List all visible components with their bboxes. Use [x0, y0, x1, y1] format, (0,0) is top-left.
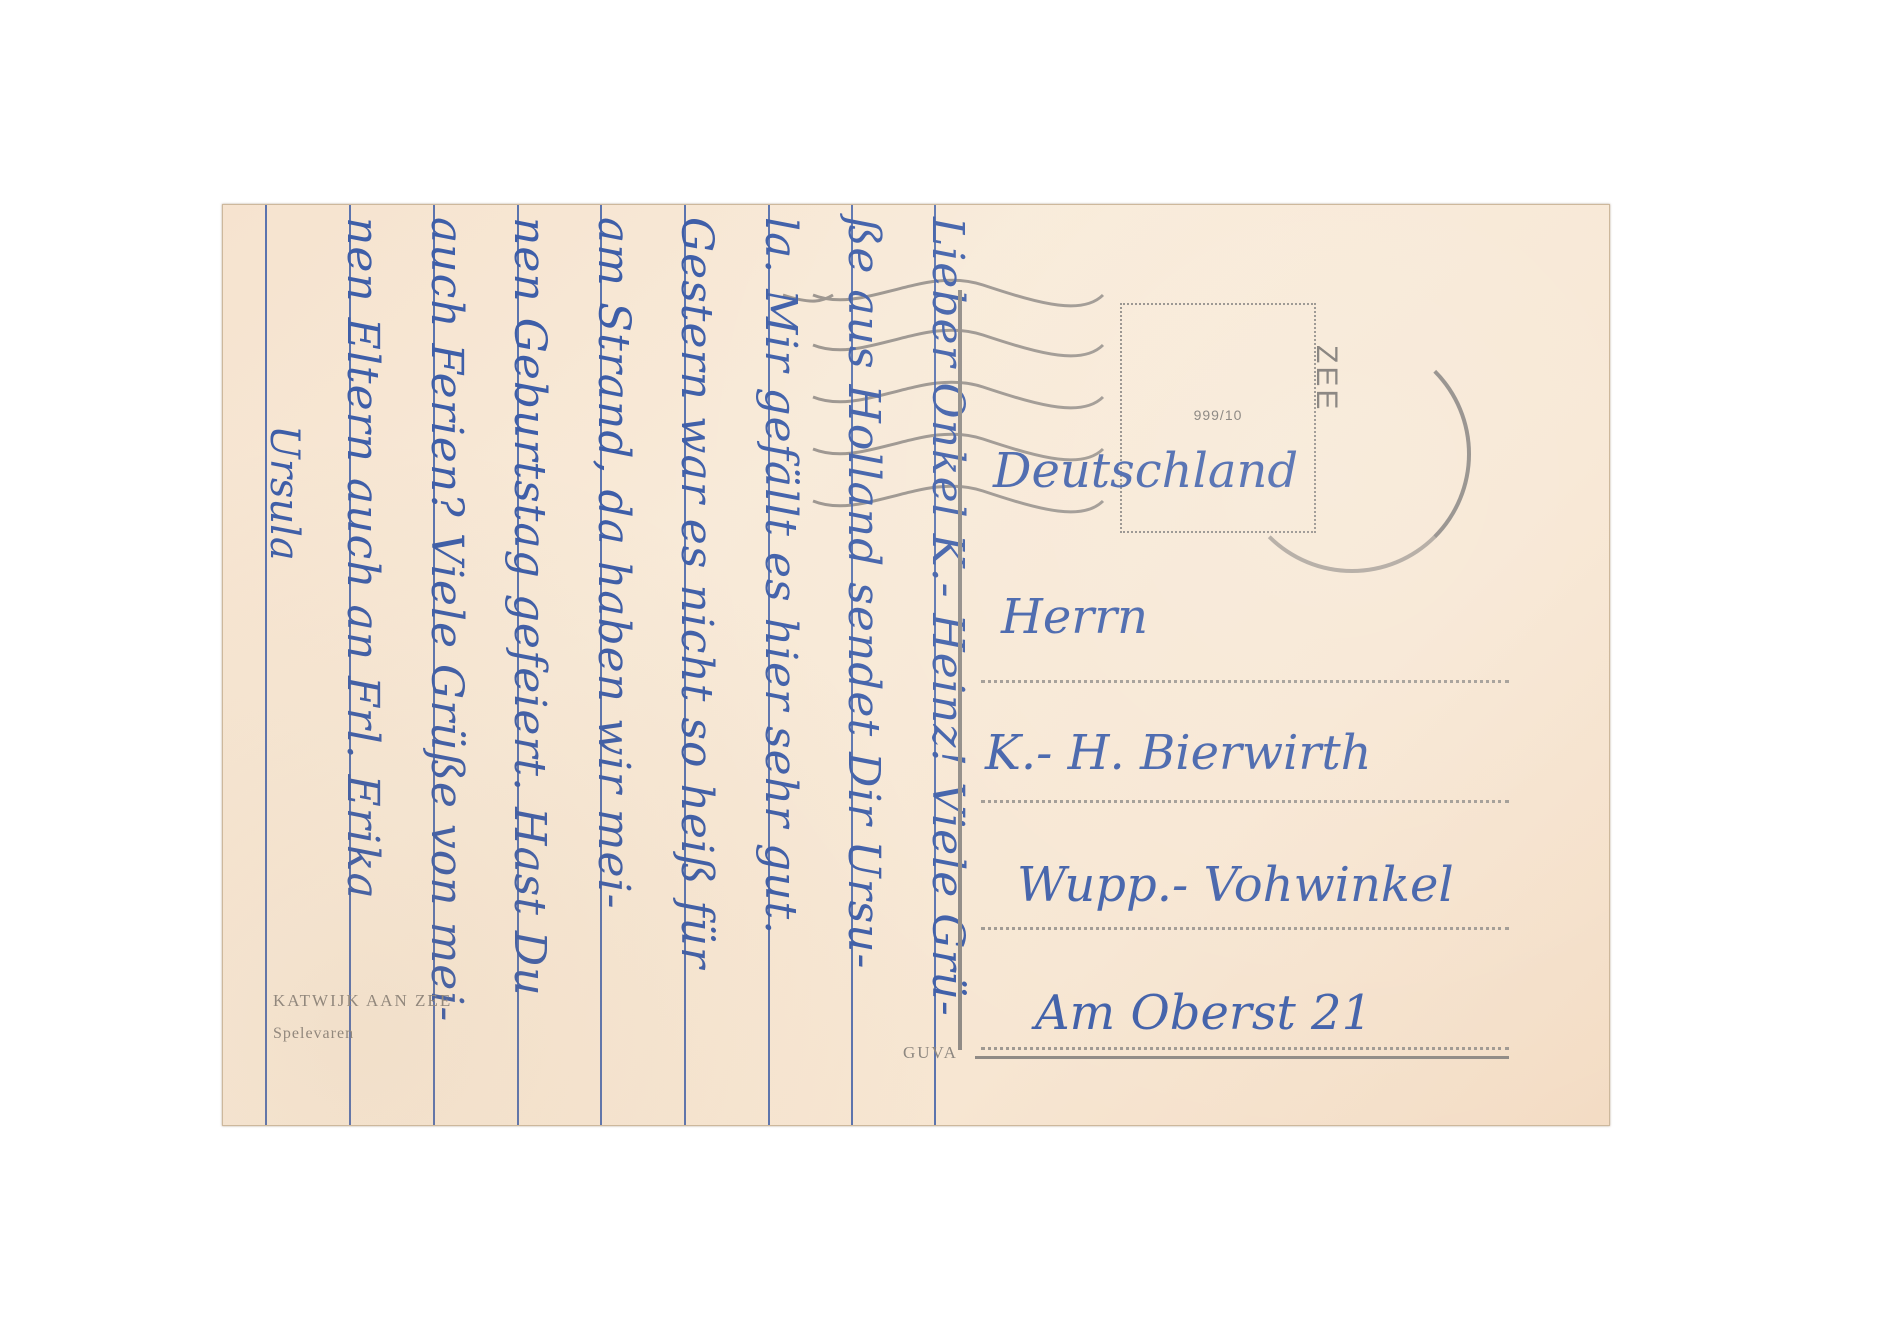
address-line	[981, 800, 1509, 803]
postcard: Lieber Onkel K.- Heinz! Viele Grü- ße au…	[222, 204, 1610, 1126]
publisher-mark: GUVA	[903, 1043, 958, 1063]
address-line	[981, 680, 1509, 683]
address-baseline	[975, 1056, 1509, 1059]
address-city: Wupp.- Vohwinkel	[1017, 857, 1454, 913]
address-country: Deutschland	[993, 443, 1298, 499]
address-name: K.- H. Bierwirth	[985, 725, 1372, 781]
address-street: Am Oberst 21	[1035, 985, 1372, 1041]
message-line: nen Geburtstag gefeiert. Hast Du	[504, 217, 555, 997]
postmark-text: ZEE	[1309, 345, 1343, 412]
address-line	[981, 927, 1509, 930]
message-line: am Strand, da haben wir mei-	[588, 217, 639, 909]
divider-line	[958, 290, 962, 1050]
ruled-line	[265, 205, 267, 1125]
address-line	[981, 1047, 1509, 1050]
message-line: auch Ferien? Viele Grüße von mei-	[421, 217, 472, 1022]
message-line: nen Eltern auch an Frl. Erika	[337, 217, 388, 900]
message-line: Lieber Onkel K.- Heinz! Viele Grü-	[922, 217, 973, 1017]
caption-title: KATWIJK AAN ZEE	[273, 991, 452, 1011]
caption-subtitle: Spelevaren	[273, 1025, 354, 1043]
signature: Ursula	[261, 425, 307, 561]
message-line: Gestern war es nicht so heiß für	[671, 217, 722, 969]
message-line: ße aus Holland sendet Dir Ursu-	[838, 217, 889, 969]
message-line: la. Mir gefällt es hier sehr gut.	[755, 217, 806, 935]
address-salutation: Herrn	[1001, 589, 1148, 645]
